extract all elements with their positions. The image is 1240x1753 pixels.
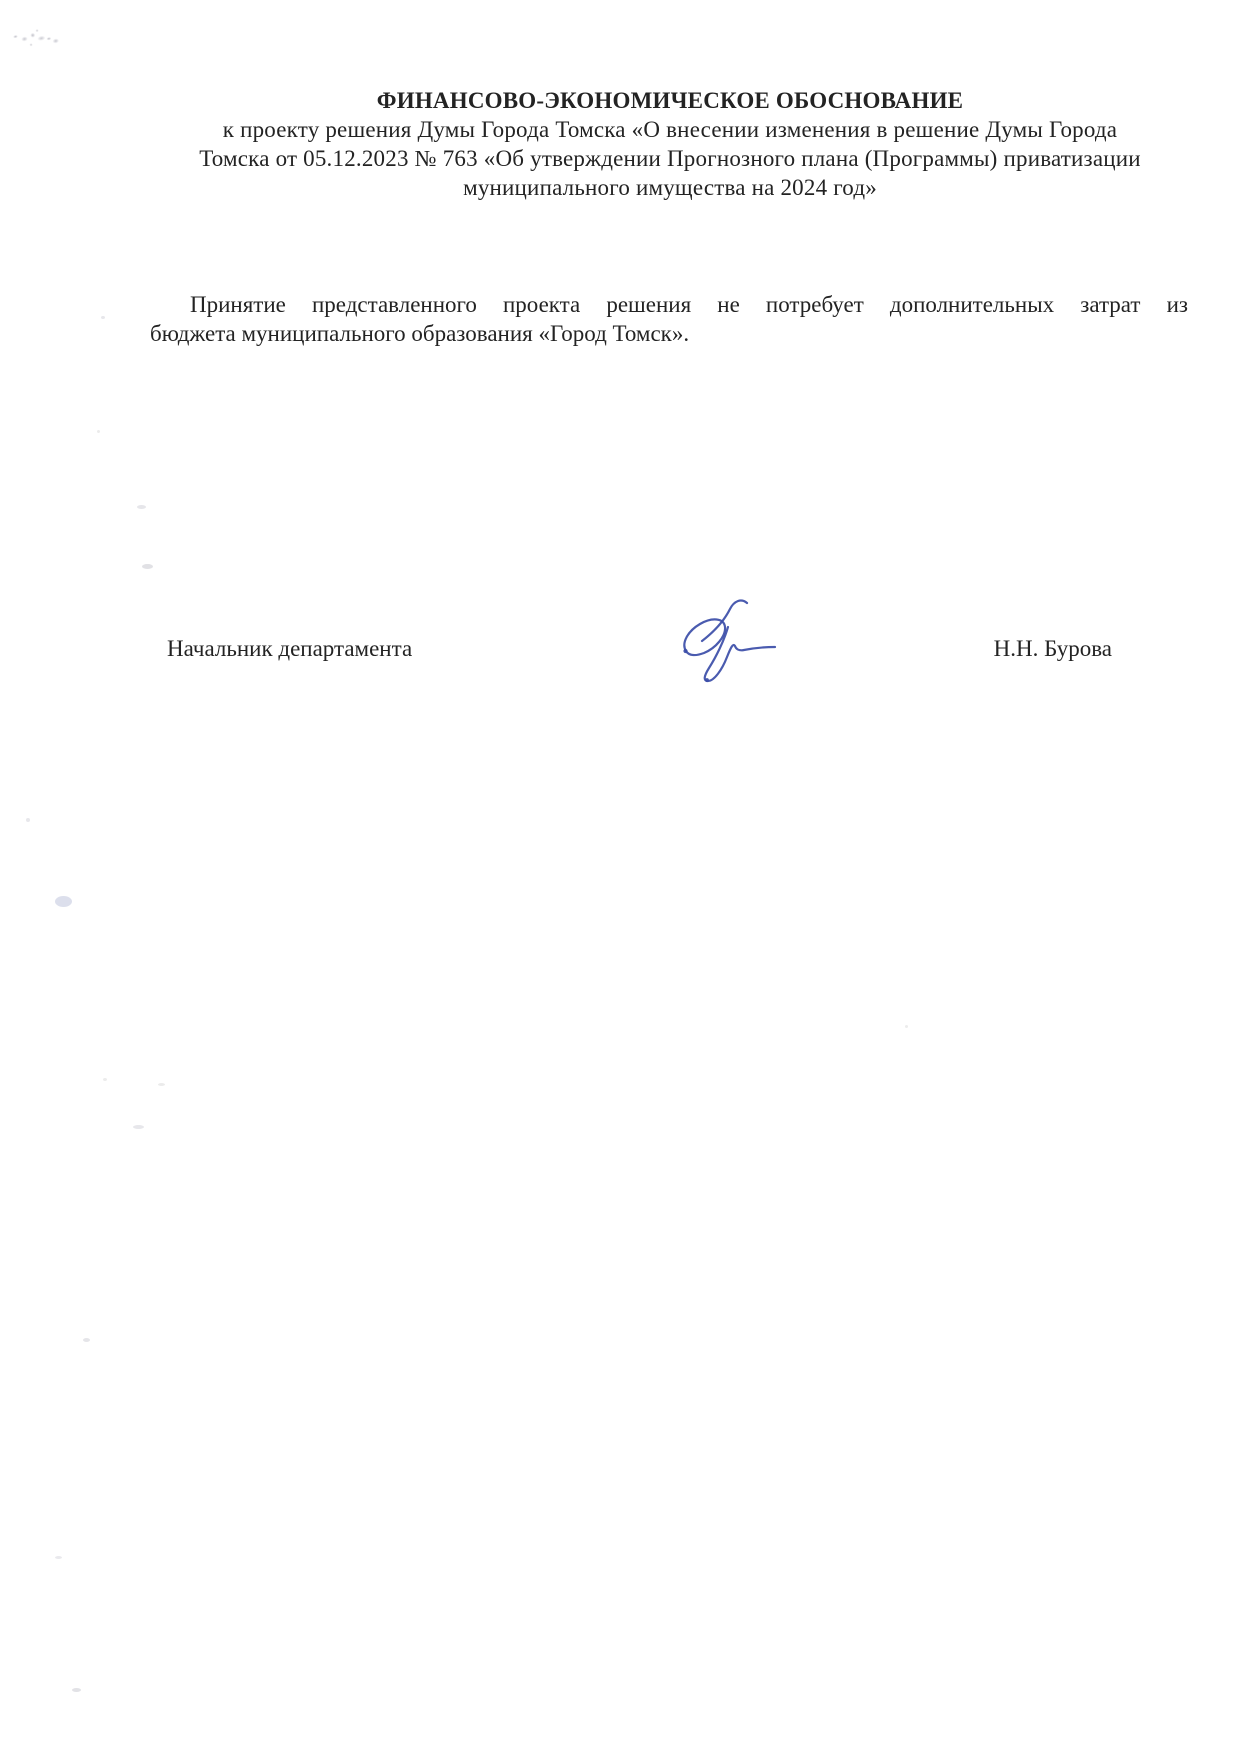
signer-name: Н.Н. Бурова (994, 634, 1112, 663)
document-body: Принятие представленного проекта решения… (150, 290, 1188, 348)
document-subtitle-line-2: Томска от 05.12.2023 № 763 «Об утвержден… (150, 144, 1190, 173)
scan-speck (133, 1125, 144, 1129)
document-subtitle-line-1: к проекту решения Думы Города Томска «О … (150, 115, 1190, 144)
scan-speck (83, 1338, 90, 1342)
scan-speck (26, 818, 30, 822)
scan-speck (101, 316, 105, 319)
scan-speck (55, 896, 72, 907)
signer-position-title: Начальник департамента (167, 634, 412, 663)
signature-row: Начальник департамента Н.Н. Бурова (167, 634, 1112, 663)
scan-speck (97, 430, 100, 433)
handwritten-signature (678, 597, 778, 689)
scan-speck (142, 564, 153, 569)
document-header: ФИНАНСОВО-ЭКОНОМИЧЕСКОЕ ОБОСНОВАНИЕ к пр… (150, 86, 1190, 202)
scan-speck (137, 505, 146, 509)
document-page: ФИНАНСОВО-ЭКОНОМИЧЕСКОЕ ОБОСНОВАНИЕ к пр… (0, 0, 1240, 1753)
scan-speck (158, 1083, 165, 1086)
document-title: ФИНАНСОВО-ЭКОНОМИЧЕСКОЕ ОБОСНОВАНИЕ (150, 86, 1190, 115)
scan-speck (905, 1025, 908, 1028)
body-line-2: бюджета муниципального образования «Горо… (150, 319, 1188, 348)
scan-speck (72, 1688, 81, 1692)
scan-speck (55, 1556, 62, 1559)
scan-smudge (8, 19, 65, 57)
document-subtitle-line-3: муниципального имущества на 2024 год» (150, 173, 1190, 202)
scan-speck (103, 1078, 107, 1081)
body-line-1: Принятие представленного проекта решения… (150, 290, 1188, 319)
